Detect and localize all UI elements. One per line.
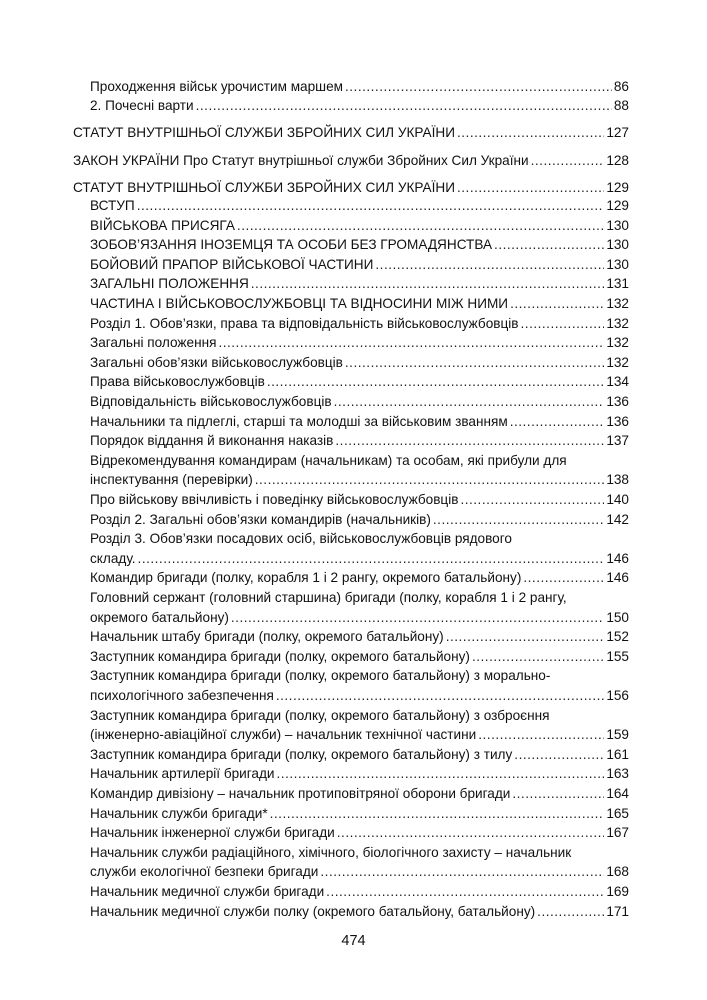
toc-entry-title-line: Заступник командира бригади (полку, окре… bbox=[90, 666, 629, 686]
toc-entry[interactable]: Начальник медичної служби бригади169 bbox=[90, 882, 629, 902]
dot-leader bbox=[457, 178, 604, 198]
toc-entry-title: Начальник артилерії бригади bbox=[90, 764, 275, 784]
toc-entry-title: Начальник медичної служби полку (окремог… bbox=[90, 902, 535, 922]
toc-entry[interactable]: Заступник командира бригади (полку, окре… bbox=[90, 706, 629, 745]
toc-entry[interactable]: СТАТУТ ВНУТРІШНЬОЇ СЛУЖБИ ЗБРОЙНИХ СИЛ У… bbox=[73, 123, 629, 143]
toc-entry-title: Командир бригади (полку, корабля 1 і 2 р… bbox=[90, 568, 521, 588]
dot-leader bbox=[335, 431, 604, 451]
dot-leader bbox=[494, 235, 604, 255]
toc-entry-title: Загальні положення bbox=[90, 333, 216, 353]
toc-entry-title: ЗАКОН УКРАЇНИ Про Статут внутрішньої слу… bbox=[73, 151, 529, 171]
toc-entry[interactable]: Заступник командира бригади (полку, окре… bbox=[90, 666, 629, 705]
toc-entry[interactable]: Начальник артилерії бригади163 bbox=[90, 764, 629, 784]
toc-entry-title: СТАТУТ ВНУТРІШНЬОЇ СЛУЖБИ ЗБРОЙНИХ СИЛ У… bbox=[73, 123, 455, 143]
toc-entry-title-line: Заступник командира бригади (полку, окре… bbox=[90, 706, 629, 726]
toc-entry-page: 159 bbox=[606, 725, 629, 745]
toc-entry[interactable]: ЗАГАЛЬНІ ПОЛОЖЕННЯ131 bbox=[90, 274, 629, 294]
dot-leader bbox=[137, 196, 605, 216]
toc-entry-page: 171 bbox=[606, 902, 629, 922]
toc-entry-page: 155 bbox=[606, 647, 629, 667]
toc-entry-page: 130 bbox=[606, 235, 629, 255]
toc-entry-page: 130 bbox=[606, 216, 629, 236]
dot-leader bbox=[334, 392, 605, 412]
toc-entry-page: 169 bbox=[606, 882, 629, 902]
toc-entry-title-line: Відрекомендування командирам (начальника… bbox=[90, 451, 629, 471]
toc-entry-page: 164 bbox=[606, 784, 629, 804]
toc-entry-page: 136 bbox=[606, 392, 629, 412]
toc-entry[interactable]: ЗОБОВ’ЯЗАННЯ ІНОЗЕМЦЯ ТА ОСОБИ БЕЗ ГРОМА… bbox=[90, 235, 629, 255]
toc-entry[interactable]: 2. Почесні варти88 bbox=[90, 96, 629, 116]
toc-entry[interactable]: Головний сержант (головний старшина) бри… bbox=[90, 588, 629, 627]
toc-entry[interactable]: Порядок віддання й виконання наказів137 bbox=[90, 431, 629, 451]
toc-entry-title: складу. bbox=[90, 549, 136, 569]
toc-entry-page: 134 bbox=[606, 372, 629, 392]
toc-entry-page: 132 bbox=[606, 294, 629, 314]
toc-entry-title: окремого батальйону) bbox=[90, 608, 229, 628]
toc-entry-title: Права військовослужбовців bbox=[90, 372, 265, 392]
dot-leader bbox=[326, 882, 604, 902]
toc-entry-title: Відповідальність військовослужбовців bbox=[90, 392, 332, 412]
toc-entry-title-line: Начальник служби радіаційного, хімічного… bbox=[90, 843, 629, 863]
toc-entry-title: БОЙОВИЙ ПРАПОР ВІЙСЬКОВОЇ ЧАСТИНИ bbox=[90, 255, 373, 275]
toc-entry-title: СТАТУТ ВНУТРІШНЬОЇ СЛУЖБИ ЗБРОЙНИХ СИЛ У… bbox=[73, 178, 455, 198]
dot-leader bbox=[345, 77, 612, 97]
toc-entry-title: 2. Почесні варти bbox=[90, 96, 194, 116]
toc-entry[interactable]: Начальник штабу бригади (полку, окремого… bbox=[90, 627, 629, 647]
toc-entry-title: Начальники та підлеглі, старші та молодш… bbox=[90, 412, 508, 432]
toc-entry-title: Начальник служби бригади* bbox=[90, 804, 268, 824]
dot-leader bbox=[523, 568, 604, 588]
toc-entry-page: 129 bbox=[606, 196, 629, 216]
page-number: 474 bbox=[0, 933, 707, 949]
dot-leader bbox=[433, 510, 604, 530]
toc-entry-title: Розділ 2. Загальні обов’язки командирів … bbox=[90, 510, 431, 530]
toc-entry-title: (інженерно-авіаційної служби) – начальни… bbox=[90, 725, 476, 745]
dot-leader bbox=[337, 823, 605, 843]
dot-leader bbox=[270, 804, 605, 824]
toc-entry-page: 132 bbox=[606, 314, 629, 334]
dot-leader bbox=[255, 470, 605, 490]
dot-leader bbox=[457, 123, 604, 143]
dot-leader bbox=[251, 274, 605, 294]
toc-entry[interactable]: Командир бригади (полку, корабля 1 і 2 р… bbox=[90, 568, 629, 588]
toc-entry[interactable]: ВІЙСЬКОВА ПРИСЯГА130 bbox=[90, 216, 629, 236]
toc-entry[interactable]: Начальник служби радіаційного, хімічного… bbox=[90, 843, 629, 882]
toc-entry[interactable]: Відрекомендування командирам (начальника… bbox=[90, 451, 629, 490]
toc-entry-title: Проходження військ урочистим маршем bbox=[90, 77, 343, 97]
toc-entry[interactable]: Заступник командира бригади (полку, окре… bbox=[90, 745, 629, 765]
toc-entry[interactable]: СТАТУТ ВНУТРІШНЬОЇ СЛУЖБИ ЗБРОЙНИХ СИЛ У… bbox=[73, 178, 629, 198]
dot-leader bbox=[231, 608, 604, 628]
toc-entry[interactable]: ВСТУП129 bbox=[90, 196, 629, 216]
toc-entry[interactable]: БОЙОВИЙ ПРАПОР ВІЙСЬКОВОЇ ЧАСТИНИ130 bbox=[90, 255, 629, 275]
dot-leader bbox=[218, 333, 604, 353]
dot-leader bbox=[521, 314, 605, 334]
toc-entry-title: психологічного забезпечення bbox=[90, 686, 274, 706]
toc-entry[interactable]: Начальники та підлеглі, старші та молодш… bbox=[90, 412, 629, 432]
toc-entry-title: ЗАГАЛЬНІ ПОЛОЖЕННЯ bbox=[90, 274, 249, 294]
toc-entry-title: Заступник командира бригади (полку, окре… bbox=[90, 647, 470, 667]
dot-leader bbox=[345, 353, 604, 373]
toc-entry[interactable]: Начальник служби бригади*165 bbox=[90, 804, 629, 824]
dot-leader bbox=[375, 255, 604, 275]
toc-entry[interactable]: Розділ 1. Обов’язки, права та відповідал… bbox=[90, 314, 629, 334]
toc-entry[interactable]: Заступник командира бригади (полку, окре… bbox=[90, 647, 629, 667]
toc-entry[interactable]: ЧАСТИНА І ВІЙСЬКОВОСЛУЖБОВЦІ ТА ВІДНОСИН… bbox=[90, 294, 629, 314]
toc-entry-title: Начальник штабу бригади (полку, окремого… bbox=[90, 627, 444, 647]
toc-entry-page: 163 bbox=[606, 764, 629, 784]
toc-entry-page: 136 bbox=[606, 412, 629, 432]
toc-entry-title: інспектування (перевірки) bbox=[90, 470, 253, 490]
toc-entry-page: 131 bbox=[606, 274, 629, 294]
toc-entry[interactable]: Розділ 2. Загальні обов’язки командирів … bbox=[90, 510, 629, 530]
toc-entry-title: Начальник інженерної служби бригади bbox=[90, 823, 335, 843]
toc-entry-title: ВСТУП bbox=[90, 196, 135, 216]
toc-entry-page: 168 bbox=[606, 862, 629, 882]
toc-entry-title: Порядок віддання й виконання наказів bbox=[90, 431, 333, 451]
toc-entry-page: 161 bbox=[606, 745, 629, 765]
dot-leader bbox=[510, 294, 604, 314]
dot-leader bbox=[510, 412, 605, 432]
dot-leader bbox=[138, 549, 605, 569]
toc-entry-page: 165 bbox=[606, 804, 629, 824]
toc-entry[interactable]: Начальник інженерної служби бригади167 bbox=[90, 823, 629, 843]
toc-entry-page: 129 bbox=[606, 178, 629, 198]
toc-entry-title: Заступник командира бригади (полку, окре… bbox=[90, 745, 512, 765]
toc-entry-title: Начальник медичної служби бригади bbox=[90, 882, 324, 902]
dot-leader bbox=[512, 784, 604, 804]
toc-entry-title: Розділ 1. Обов’язки, права та відповідал… bbox=[90, 314, 519, 334]
toc-entry[interactable]: Розділ 3. Обов’язки посадових осіб, війс… bbox=[90, 529, 629, 568]
toc-entry[interactable]: Загальні обов’язки військовослужбовців13… bbox=[90, 353, 629, 373]
toc-entry-page: 132 bbox=[606, 353, 629, 373]
toc-entry[interactable]: Загальні положення132 bbox=[90, 333, 629, 353]
toc-entry-title: служби екологічної безпеки бригади bbox=[90, 862, 318, 882]
dot-leader bbox=[320, 862, 604, 882]
toc-entry-page: 146 bbox=[606, 549, 629, 569]
dot-leader bbox=[267, 372, 604, 392]
toc-entry-page: 152 bbox=[606, 627, 629, 647]
toc-entry[interactable]: Права військовослужбовців134 bbox=[90, 372, 629, 392]
toc-entry-page: 146 bbox=[606, 568, 629, 588]
toc-entry-title-line: Розділ 3. Обов’язки посадових осіб, війс… bbox=[90, 529, 629, 549]
toc-entry-title: Про військову ввічливість і поведінку ві… bbox=[90, 490, 458, 510]
toc-entry-page: 88 bbox=[614, 96, 629, 116]
dot-leader bbox=[531, 151, 605, 171]
dot-leader bbox=[446, 627, 605, 647]
dot-leader bbox=[237, 216, 604, 236]
toc-entry-page: 127 bbox=[606, 123, 629, 143]
toc-entry-page: 167 bbox=[606, 823, 629, 843]
toc-entry-title: ВІЙСЬКОВА ПРИСЯГА bbox=[90, 216, 235, 236]
toc-entry-page: 128 bbox=[606, 151, 629, 171]
toc-entry-title: ЧАСТИНА І ВІЙСЬКОВОСЛУЖБОВЦІ ТА ВІДНОСИН… bbox=[90, 294, 508, 314]
toc-entry-page: 150 bbox=[606, 608, 629, 628]
dot-leader bbox=[460, 490, 604, 510]
toc-entry[interactable]: Начальник медичної служби полку (окремог… bbox=[90, 902, 629, 922]
dot-leader bbox=[514, 745, 604, 765]
toc-entry-page: 86 bbox=[614, 77, 629, 97]
toc-entry-title: ЗОБОВ’ЯЗАННЯ ІНОЗЕМЦЯ ТА ОСОБИ БЕЗ ГРОМА… bbox=[90, 235, 492, 255]
toc-entry-title: Командир дивізіону – начальник протипові… bbox=[90, 784, 510, 804]
toc-entry[interactable]: Командир дивізіону – начальник протипові… bbox=[90, 784, 629, 804]
toc-entry-page: 130 bbox=[606, 255, 629, 275]
toc-entry[interactable]: Відповідальність військовослужбовців136 bbox=[90, 392, 629, 412]
toc-entry-page: 142 bbox=[606, 510, 629, 530]
toc-entry[interactable]: ЗАКОН УКРАЇНИ Про Статут внутрішньої слу… bbox=[73, 151, 629, 171]
dot-leader bbox=[478, 725, 604, 745]
toc-entry-page: 156 bbox=[606, 686, 629, 706]
dot-leader bbox=[277, 764, 605, 784]
dot-leader bbox=[537, 902, 604, 922]
toc-entry-title: Загальні обов’язки військовослужбовців bbox=[90, 353, 343, 373]
toc-entry-page: 138 bbox=[606, 470, 629, 490]
dot-leader bbox=[276, 686, 604, 706]
toc-entry-page: 132 bbox=[606, 333, 629, 353]
toc-entry[interactable]: Проходження військ урочистим маршем86 bbox=[90, 77, 629, 97]
toc-entry-page: 137 bbox=[606, 431, 629, 451]
toc-entry-page: 140 bbox=[606, 490, 629, 510]
dot-leader bbox=[196, 96, 612, 116]
toc-entry-title-line: Головний сержант (головний старшина) бри… bbox=[90, 588, 629, 608]
dot-leader bbox=[472, 647, 604, 667]
toc-entry[interactable]: Про військову ввічливість і поведінку ві… bbox=[90, 490, 629, 510]
